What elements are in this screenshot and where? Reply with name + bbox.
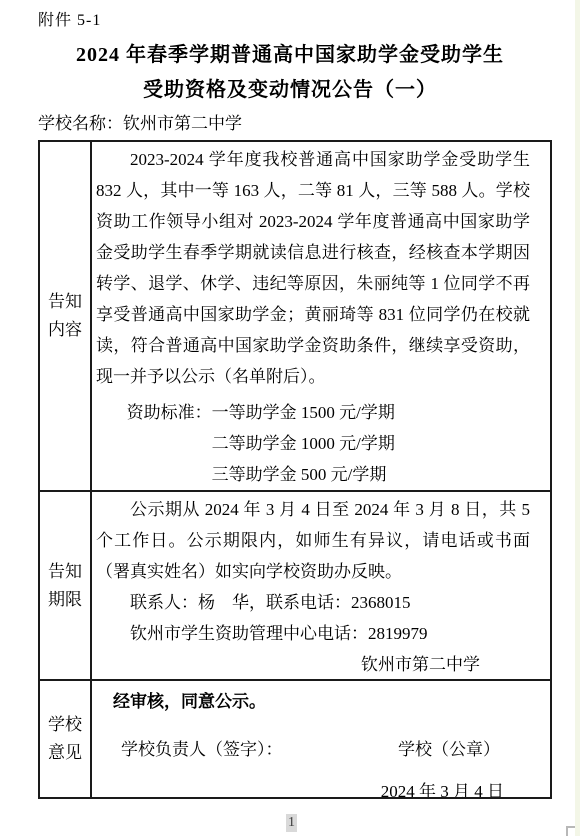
row-label-text: 意见 <box>48 739 82 767</box>
opinion-date: 2024 年 3 月 4 日 <box>96 776 530 797</box>
table-row-school-opinion: 学校 意见 经审核，同意公示。 学校负责人（签字）： 学校（公章） 2024 年… <box>40 681 550 797</box>
attachment-label: 附件 5-1 <box>38 7 101 30</box>
document-title-line2: 受助资格及变动情况公告（一） <box>0 73 580 102</box>
table-row-notice-content: 告知 内容 2023-2024 学年度我校普通高中国家助学金受助学生 832 人… <box>40 142 550 492</box>
aid-standard-line3: 三等助学金 500 元/学期 <box>96 459 530 490</box>
approval-line: 经审核，同意公示。 <box>96 686 530 717</box>
document-title-line1: 2024 年春季学期普通高中国家助学金受助学生 <box>0 38 580 67</box>
table-row-notice-period: 告知 期限 公示期从 2024 年 3 月 4 日至 2024 年 3 月 8 … <box>40 492 550 681</box>
page-number: 1 <box>286 814 297 832</box>
school-name-line: 学校名称：钦州市第二中学 <box>38 109 242 134</box>
row-label-text: 学校 <box>48 711 82 739</box>
notice-table: 告知 内容 2023-2024 学年度我校普通高中国家助学金受助学生 832 人… <box>38 140 552 799</box>
period-paragraph: 公示期从 2024 年 3 月 4 日至 2024 年 3 月 8 日，共 5 … <box>96 494 530 587</box>
aid-standard-line2: 二等助学金 1000 元/学期 <box>96 428 530 459</box>
contact-line: 联系人：杨 华，联系电话：2368015 <box>96 587 530 618</box>
seal-label: 学校（公章） <box>398 734 500 765</box>
viewer-right-edge <box>575 0 580 836</box>
row-label-notice-period: 告知 期限 <box>40 492 92 679</box>
row-label-text: 告知 <box>48 288 82 316</box>
row-label-text: 告知 <box>48 558 82 586</box>
signer-label: 学校负责人（签字）： <box>121 734 283 765</box>
school-signature: 钦州市第二中学 <box>96 649 530 679</box>
row-label-notice-content: 告知 内容 <box>40 142 92 490</box>
cell-notice-period: 公示期从 2024 年 3 月 4 日至 2024 年 3 月 8 日，共 5 … <box>92 492 550 679</box>
row-label-text: 内容 <box>48 316 82 344</box>
cell-school-opinion: 经审核，同意公示。 学校负责人（签字）： 学校（公章） 2024 年 3 月 4… <box>92 681 550 797</box>
document-page: 附件 5-1 2024 年春季学期普通高中国家助学金受助学生 受助资格及变动情况… <box>0 0 580 836</box>
aid-standard-line1: 资助标准：一等助学金 1500 元/学期 <box>96 397 530 428</box>
row-label-text: 期限 <box>48 586 82 614</box>
center-phone-line: 钦州市学生资助管理中心电话：2819979 <box>96 618 530 649</box>
row-label-school-opinion: 学校 意见 <box>40 681 92 797</box>
notice-paragraph: 2023-2024 学年度我校普通高中国家助学金受助学生 832 人，其中一等 … <box>96 144 530 392</box>
signer-row: 学校负责人（签字）： 学校（公章） <box>96 734 530 765</box>
cell-notice-content: 2023-2024 学年度我校普通高中国家助学金受助学生 832 人，其中一等 … <box>92 142 550 490</box>
